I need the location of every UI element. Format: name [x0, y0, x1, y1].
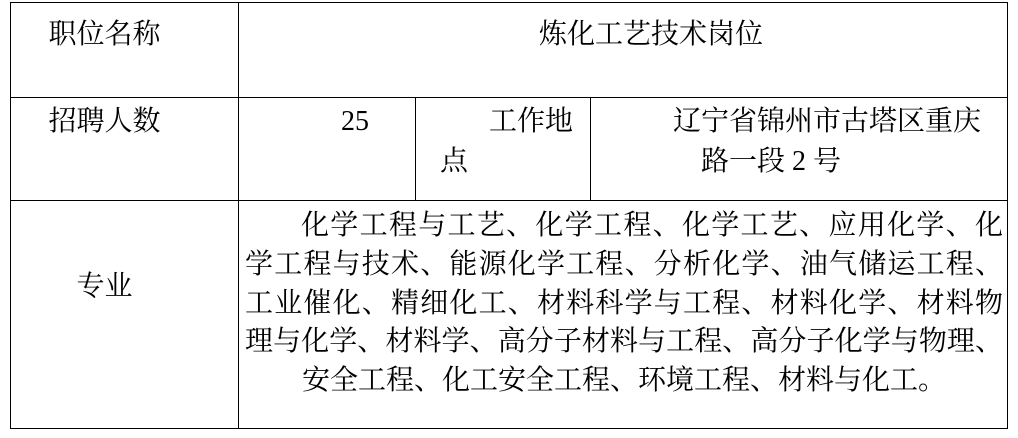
position-name-label: 职位名称	[11, 15, 198, 55]
recruit-count-label: 招聘人数	[11, 102, 198, 142]
work-location-label-line-1: 工作地	[416, 102, 590, 142]
major-value-line-1: 化学工程与工艺、化学工程、化学工艺、应用化学、化	[245, 207, 1003, 246]
row-recruit-location: 招聘人数 25 工作地 点 辽宁省锦州市古塔区重庆 路一段 2 号	[11, 98, 1008, 201]
position-name-value-cell: 炼化工艺技术岗位	[239, 3, 1008, 98]
recruit-count-label-cell: 招聘人数	[11, 98, 239, 201]
major-value-line-3: 工业催化、精细化工、材料科学与工程、材料化学、材料物	[245, 285, 1003, 324]
major-value-cell: 化学工程与工艺、化学工程、化学工艺、应用化学、化 学工程与技术、能源化学工程、分…	[239, 201, 1008, 429]
work-location-label-cell: 工作地 点	[416, 98, 591, 201]
job-position-table: 职位名称 炼化工艺技术岗位 招聘人数 25 工作地 点 辽宁省锦州市古塔区重庆 …	[10, 2, 1008, 429]
document-page: 职位名称 炼化工艺技术岗位 招聘人数 25 工作地 点 辽宁省锦州市古塔区重庆 …	[0, 0, 1018, 438]
major-value-line-5: 安全工程、化工安全工程、环境工程、材料与化工。	[245, 362, 1003, 401]
work-location-value-line-1: 辽宁省锦州市古塔区重庆	[591, 102, 1007, 142]
row-major: 专业 化学工程与工艺、化学工程、化学工艺、应用化学、化 学工程与技术、能源化学工…	[11, 201, 1008, 429]
major-label-cell: 专业	[11, 201, 239, 429]
recruit-count-value-cell: 25	[239, 98, 416, 201]
work-location-value-cell: 辽宁省锦州市古塔区重庆 路一段 2 号	[591, 98, 1008, 201]
major-label: 专业	[11, 267, 198, 307]
row-position-name: 职位名称 炼化工艺技术岗位	[11, 3, 1008, 98]
major-value-line-2: 学工程与技术、能源化学工程、分析化学、油气储运工程、	[245, 246, 1003, 285]
work-location-value-line-2: 路一段 2 号	[591, 142, 951, 182]
position-name-value: 炼化工艺技术岗位	[239, 15, 1007, 55]
work-location-label-line-2: 点	[416, 142, 590, 182]
major-value-line-4: 理与化学、材料学、高分子材料与工程、高分子化学与物理、	[245, 323, 1003, 362]
recruit-count-value: 25	[239, 102, 415, 142]
position-name-label-cell: 职位名称	[11, 3, 239, 98]
